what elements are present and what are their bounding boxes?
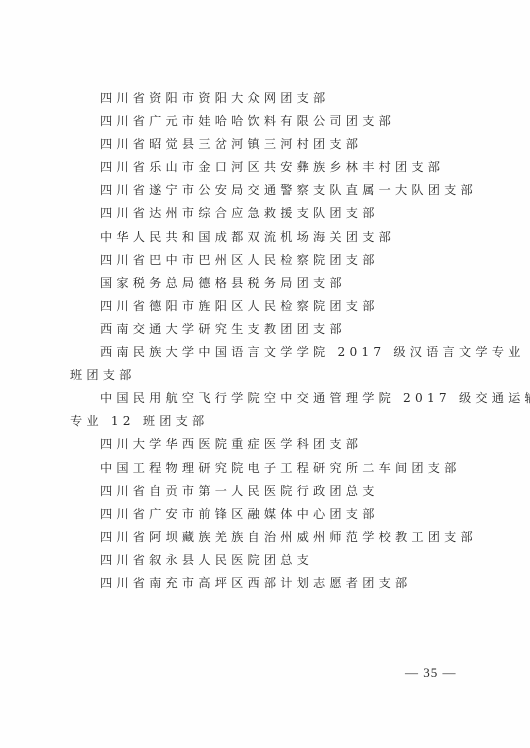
document-page: 四川省资阳市资阳大众网团支部 四川省广元市娃哈哈饮料有限公司团支部 四川省昭觉县…	[0, 0, 530, 748]
list-item-continuation: 班团支部	[70, 364, 470, 387]
list-item: 国家税务总局德格县税务局团支部	[70, 272, 470, 295]
list-item: 四川省叙永县人民医院团总支	[70, 549, 470, 572]
list-item: 中国民用航空飞行学院空中交通管理学院 2017 级交通运输	[70, 387, 470, 410]
list-item: 西南交通大学研究生支教团团支部	[70, 318, 470, 341]
list-item: 四川省昭觉县三岔河镇三河村团支部	[70, 133, 470, 156]
list-item: 中国工程物理研究院电子工程研究所二车间团支部	[70, 457, 470, 480]
list-item: 四川省南充市高坪区西部计划志愿者团支部	[70, 572, 470, 595]
list-item: 四川省广元市娃哈哈饮料有限公司团支部	[70, 110, 470, 133]
list-item: 四川省巴中市巴州区人民检察院团支部	[70, 249, 470, 272]
list-item: 四川省阿坝藏族羌族自治州威州师范学校教工团支部	[70, 526, 470, 549]
list-item: 四川省自贡市第一人民医院行政团总支	[70, 480, 470, 503]
list-item: 四川省达州市综合应急救援支队团支部	[70, 202, 470, 225]
list-item: 四川省遂宁市公安局交通警察支队直属一大队团支部	[70, 179, 470, 202]
list-item: 四川省资阳市资阳大众网团支部	[70, 87, 470, 110]
organization-list: 四川省资阳市资阳大众网团支部 四川省广元市娃哈哈饮料有限公司团支部 四川省昭觉县…	[70, 87, 470, 595]
list-item: 西南民族大学中国语言文学学院 2017 级汉语言文学专业 4	[70, 341, 470, 364]
list-item: 中华人民共和国成都双流机场海关团支部	[70, 226, 470, 249]
list-item: 四川省乐山市金口河区共安彝族乡林丰村团支部	[70, 156, 470, 179]
list-item-continuation: 专业 12 班团支部	[70, 410, 470, 433]
page-number: — 35 —	[405, 665, 457, 681]
list-item: 四川省德阳市旌阳区人民检察院团支部	[70, 295, 470, 318]
list-item: 四川省广安市前锋区融媒体中心团支部	[70, 503, 470, 526]
list-item: 四川大学华西医院重症医学科团支部	[70, 433, 470, 456]
